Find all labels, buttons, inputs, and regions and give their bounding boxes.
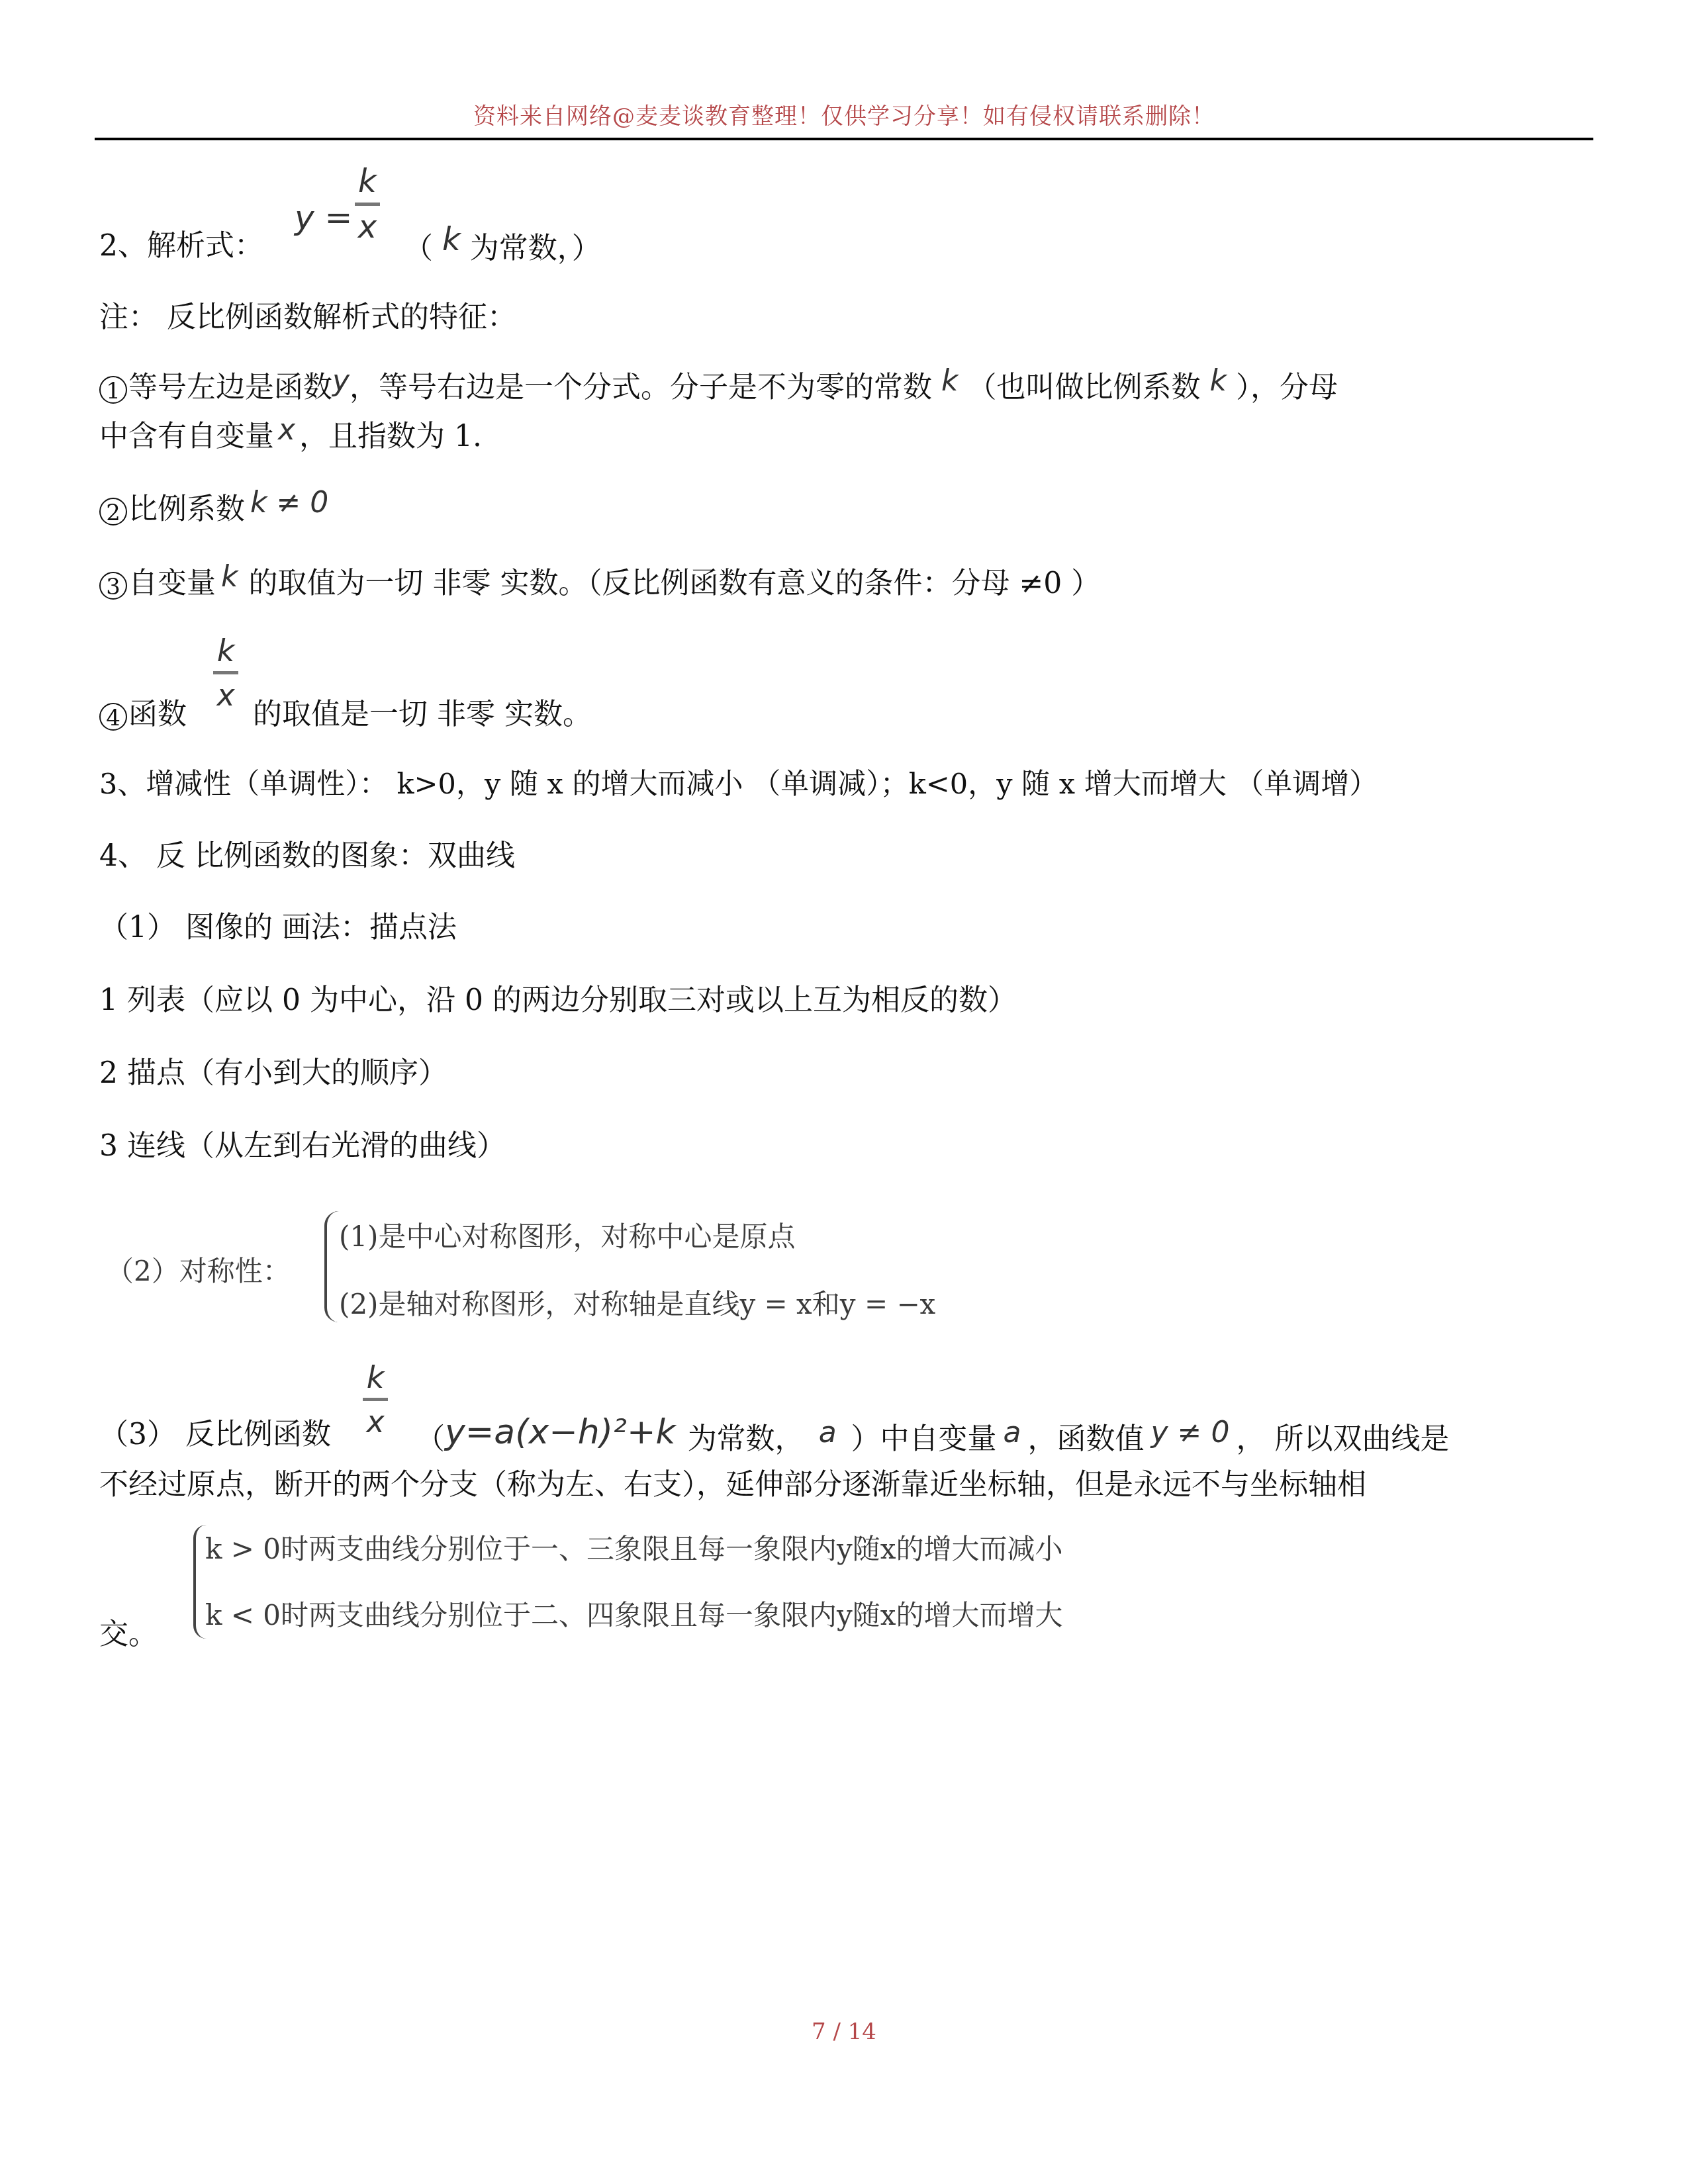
properties-line-2: 不经过原点，断开的两个分支（称为左、右支），延伸部分逐渐靠近坐标轴，但是永远不与…: [99, 1471, 1366, 1500]
symbol-k: k: [221, 560, 238, 594]
feature-1-text-a: 等号左边是函数: [128, 371, 332, 404]
feature-1-text-d: ），分母: [1236, 371, 1338, 404]
properties-text-c: ，函数值: [1028, 1422, 1145, 1456]
page-number: 7 / 14: [0, 2019, 1688, 2045]
section-2-formula: 2、解析式：: [99, 232, 263, 261]
feature-1: 1等号左边是函数y，等号右边是一个分式。分子是不为零的常数k（也叫做比例系数k）…: [99, 373, 1338, 404]
circled-number-1: 1: [99, 376, 127, 404]
symbol-x: x: [278, 413, 295, 447]
properties-text-a: 为常数，: [688, 1422, 804, 1456]
feature-2: 2比例系数k ≠ 0: [99, 495, 328, 525]
circled-number-3: 3: [99, 572, 127, 600]
symbol-a: a: [819, 1416, 837, 1449]
symmetry-item-1: (1)是中心对称图形，对称中心是原点: [339, 1215, 796, 1255]
feature-1-text-e: 中含有自变量: [99, 420, 274, 453]
drawing-step-3: 3 连线（从左到右光滑的曲线）: [99, 1132, 506, 1161]
circled-number-4: 4: [99, 703, 127, 731]
header-divider: [95, 138, 1593, 140]
paren-open: （: [416, 1422, 445, 1456]
k-symbol: k: [442, 221, 461, 258]
section-2-label: 2、解析式：: [99, 229, 263, 263]
feature-1-text-f: ，且指数为 1.: [299, 420, 482, 453]
section-3-monotonicity: 3、增减性（单调性）： k>0，y 随 x 的增大而减小 （单调减）；k<0，y…: [99, 770, 1378, 799]
symbol-y: y: [332, 364, 350, 398]
feature-2-text: 比例系数: [128, 492, 245, 526]
fraction-bar: [363, 1398, 388, 1401]
fraction-k-over-x: k x: [363, 1362, 388, 1437]
feature-1-text-b: ，等号右边是一个分式。分子是不为零的常数: [350, 371, 932, 404]
properties-text-b: ）中自变量: [851, 1422, 997, 1456]
brace-symbol: [193, 1525, 207, 1639]
fraction-numerator: k: [358, 165, 377, 197]
fraction-denominator: x: [216, 680, 234, 710]
feature-1-line-2: 中含有自变量x，且指数为 1.: [99, 422, 482, 451]
drawing-method-title: （1） 图像的 画法：描点法: [99, 913, 457, 942]
drawing-step-2: 2 描点（有小到大的顺序）: [99, 1059, 447, 1088]
constant-note: 为常数，）: [470, 232, 601, 265]
fraction-numerator: k: [367, 1362, 385, 1392]
feature-3: 3自变量k的取值为一切 非零 实数。（反比例函数有意义的条件：分母 ≠0 ）: [99, 569, 1100, 600]
feature-3-text-b: 的取值为一切 非零 实数。（反比例函数有意义的条件：分母 ≠0 ）: [248, 567, 1100, 600]
section-2-note: （ k 为常数，）: [404, 232, 601, 263]
feature-3-text-a: 自变量: [128, 567, 216, 600]
properties-line-3: 交。: [99, 1620, 158, 1649]
fraction-denominator: x: [366, 1406, 384, 1437]
fraction-bar: [213, 671, 238, 674]
feature-4: 4函数: [99, 700, 187, 731]
circled-number-2: 2: [99, 498, 127, 525]
watermark-header: 资料来自网络@麦麦谈教育整理！仅供学习分享！如有侵权请联系删除！: [0, 98, 1688, 130]
feature-1-text-c: （也叫做比例系数: [968, 371, 1201, 404]
paren-open: （: [404, 232, 433, 265]
formula-fraction: k x: [355, 165, 380, 243]
brace-symbol: [324, 1211, 339, 1322]
feature-4-text-a: 函数: [128, 698, 187, 731]
symmetry-item-2: (2)是轴对称图形，对称轴是直线y = x和y = −x: [339, 1283, 935, 1322]
fraction-bar: [355, 203, 380, 206]
fraction-denominator: x: [358, 211, 377, 243]
properties-line-1: （y=a(x−h)²+k为常数，a）中自变量a，函数值y ≠ 0， 所以双曲线是: [416, 1420, 1449, 1455]
case-k-negative: k < 0时两支曲线分别位于二、四象限且每一象限内y随x的增大而增大: [205, 1594, 1062, 1633]
section-4-graph: 4、 反 比例函数的图象：双曲线: [99, 842, 515, 871]
symbol-k: k: [1210, 364, 1227, 398]
fraction-k-over-x: k x: [213, 635, 238, 710]
feature-4-text-b: 的取值是一切 非零 实数。: [253, 700, 592, 729]
drawing-step-1: 1 列表（应以 0 为中心，沿 0 的两边分别取三对或以上互为相反的数）: [99, 986, 1017, 1015]
properties-label: （3） 反比例函数: [99, 1420, 331, 1449]
case-k-positive: k > 0时两支曲线分别位于一、三象限且每一象限内y随x的增大而减小: [205, 1527, 1062, 1567]
properties-text-d: ， 所以双曲线是: [1236, 1422, 1449, 1456]
symbol-k: k: [941, 364, 958, 398]
fraction-numerator: k: [217, 635, 235, 666]
formula-lhs: y =: [295, 199, 352, 237]
symmetry-label: （2）对称性：: [106, 1250, 291, 1289]
k-not-zero: k ≠ 0: [250, 486, 328, 520]
y-not-zero: y ≠ 0: [1151, 1416, 1230, 1449]
note-title: 注： 反比例函数解析式的特征：: [99, 303, 516, 332]
symbol-a: a: [1004, 1416, 1021, 1449]
vertex-formula: y=a(x−h)²+k: [445, 1412, 676, 1452]
